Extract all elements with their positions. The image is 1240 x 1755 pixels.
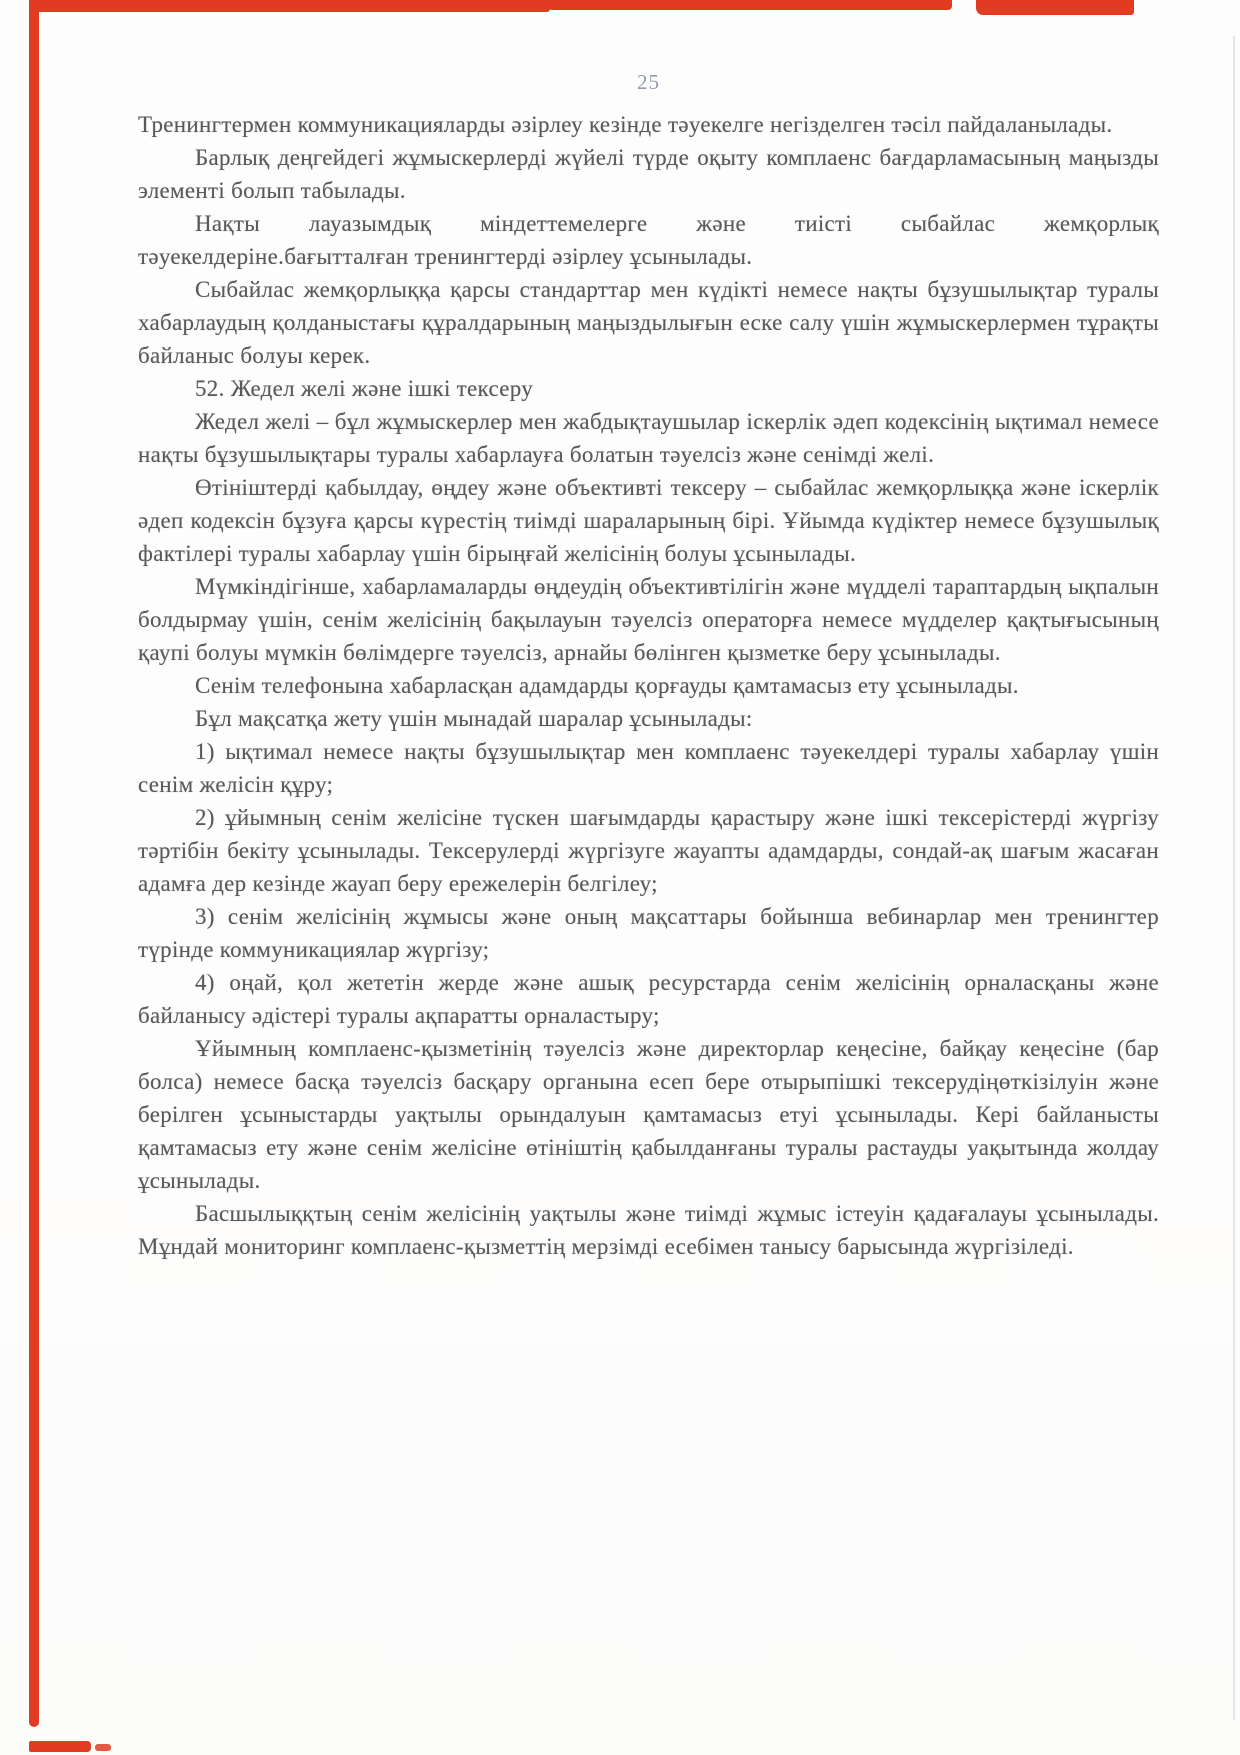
paragraph: Тренингтермен коммуникацияларды әзірлеу … <box>138 108 1159 141</box>
paragraph: Сыбайлас жемқорлыққа қарсы стандарттар м… <box>138 273 1159 372</box>
scan-artifact-left-edge <box>29 0 39 1727</box>
paragraph: Мүмкіндігінше, хабарламаларды өңдеудің о… <box>138 570 1159 669</box>
list-item: 3) сенім желісінің жұмысы және оның мақс… <box>138 900 1159 966</box>
paragraph: Бұл мақсатқа жету үшін мынадай шаралар ұ… <box>138 702 1159 735</box>
document-page: 25 Тренингтермен коммуникацияларды әзірл… <box>0 0 1240 1755</box>
paragraph: Басшылыққтың сенім желісінің уақтылы жән… <box>138 1197 1159 1263</box>
scan-artifact-bottom-left <box>29 1741 91 1752</box>
paragraph: Ұйымның комплаенс-қызметінің тәуелсіз жә… <box>138 1032 1159 1197</box>
paragraph: Барлық деңгейдегі жұмыскерлерді жүйелі т… <box>138 141 1159 207</box>
scan-artifact-bottom-dot <box>95 1744 111 1751</box>
scan-line-right-edge <box>1233 36 1235 1720</box>
paragraph: Нақты лауазымдық міндеттемелерге және ти… <box>138 207 1159 273</box>
list-item: 4) оңай, қол жететін жерде және ашық рес… <box>138 966 1159 1032</box>
section-heading: 52. Жедел желі және ішкі тексеру <box>138 372 1159 405</box>
scan-artifact-top-middle <box>548 0 952 10</box>
document-text-block: Тренингтермен коммуникацияларды әзірлеу … <box>138 108 1159 1263</box>
scan-artifact-top-left <box>30 0 550 12</box>
paragraph: Жедел желі – бұл жұмыскерлер мен жабдықт… <box>138 405 1159 471</box>
paragraph: Сенім телефонына хабарласқан адамдарды қ… <box>138 669 1159 702</box>
paragraph: Өтініштерді қабылдау, өңдеу және объекти… <box>138 471 1159 570</box>
scan-artifact-top-right <box>976 0 1134 15</box>
list-item: 2) ұйымның сенім желісіне түскен шағымда… <box>138 801 1159 900</box>
list-item: 1) ықтимал немесе нақты бұзушылықтар мен… <box>138 735 1159 801</box>
page-number: 25 <box>138 70 1159 95</box>
